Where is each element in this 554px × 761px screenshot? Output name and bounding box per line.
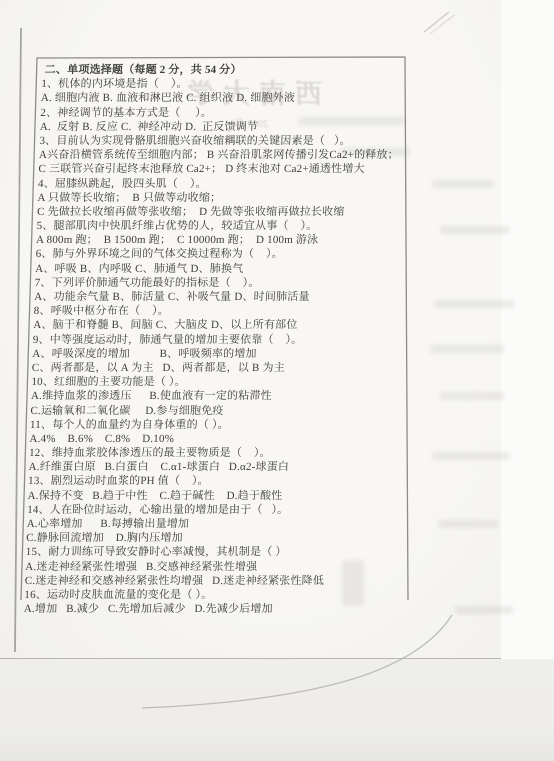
text-line: A、呼吸深度的增加 B、呼吸频率的增加 [32,347,544,361]
text-line: 1、机体的内环境是指（ ）。 [41,77,553,91]
text-block: 二、单项选择题（每题 2 分，共 54 分）1、机体的内环境是指（ ）。A. 细… [0,63,554,616]
text-line: A.迷走神经紧张性增强 B.交感神经紧张性增强 [25,560,537,574]
text-line: 12、维持血浆胶体渗透压的最主要物质是（ ）。 [29,446,541,460]
text-line: 14、人在卧位时运动，心输出量的增加是由于（ ）。 [27,503,539,517]
crease-curve-bottom [142,615,452,708]
text-line: 11、每个人的血量约为自身体重的（ ）。 [30,418,542,432]
text-line: 8、呼吸中枢分布在（ ）。 [34,304,546,318]
text-line: A.增加 B.减少 C.先增加后减少 D.先减少后增加 [24,602,536,616]
text-line: A.保持不变 B.趋于中性 C.趋于碱性 D.趋于酸性 [27,489,539,503]
text-line: 10、红细胞的主要功能是（ ）。 [31,375,543,389]
text-line: 13、剧烈运动时血浆的PH 值（ ）。 [28,474,540,488]
text-line: A 只做等长收缩； B 只做等动收缩； [37,191,549,205]
text-line: C 先做拉长收缩再做等张收缩； D 先做等张收缩再做拉长收缩 [37,205,549,219]
text-line: A. 细胞内液 B. 血液和淋巴液 C. 组织液 D. 细胞外液 [41,91,553,105]
text-line: 9、中等强度运动时，肺通气量的增加主要依靠（ ）。 [33,333,545,347]
text-line: 7、下列评价肺通气功能最好的指标是（ ）。 [34,276,546,290]
text-line: 4、屈膝纵跳起，股四头肌（ ）。 [38,177,550,191]
text-line: A、功能余气量 B、肺活量 C、补吸气量 D、时间肺活量 [34,290,546,304]
text-line: 6、肺与外界环境之间的气体交换过程称为（ ）。 [35,247,547,261]
text-line: A兴奋沿横管系统传至细胞内部； B 兴奋沿肌浆网传播引发Ca2+的释放； [39,148,551,162]
text-line: C.静脉回流增加 D.胸内压增加 [26,531,538,545]
text-line: A、呼吸 B、内呼吸 C、肺通气 D、肺换气 [35,262,547,276]
text-line: 3、目前认为实现骨骼肌细胞兴奋收缩耦联的关键因素是（ ）。 [39,134,551,148]
text-line: 5、腿部肌肉中快肌纤维占优势的人，较适宜从事（ ）。 [36,219,548,233]
text-line: 2、神经调节的基本方式是（ ）。 [40,106,552,120]
text-line: A.4% B.6% C.8% D.10% [29,432,541,446]
text-line: C 三联管兴奋引起终末池释放 Ca2+； D 终末池对 Ca2+通透性增大 [38,162,550,176]
section-title: 二、单项选择题（每题 2 分，共 54 分） [42,63,554,77]
text-line: A.纤维蛋白原 B.白蛋白 C.α1-球蛋白 D.α2-球蛋白 [28,460,540,474]
text-line: A 800m 跑； B 1500m 跑； C 10000m 跑； D 100m … [36,233,548,247]
scanned-exam-page: { "page": { "kind": "scanned exam paper … [0,0,554,761]
text-line: C、两者都是，以 A 为主 D、两者都是，以 B 为主 [32,361,544,375]
text-line: A.心率增加 B.每搏输出量增加 [26,517,538,531]
text-line: A、脑干和脊髓 B、间脑 C、大脑皮 D、以上所有部位 [33,318,545,332]
text-line: 15、耐力训练可导致安静时心率减慢，其机制是（ ） [26,545,538,559]
text-line: C.迷走神经和交感神经紧张性均增强 D.迷走神经紧张性降低 [25,574,537,588]
text-line: C.运输氧和二氧化碳 D.参与细胞免疫 [30,404,542,418]
text-line: 16、运动时皮肤血流量的变化是（ ）。 [24,588,536,602]
text-line: A. 反射 B. 反应 C. 神经冲动 D. 正反馈调节 [40,120,552,134]
text-line: A.维持血浆的渗透压 B.使血液有一定的粘滞性 [31,389,543,403]
